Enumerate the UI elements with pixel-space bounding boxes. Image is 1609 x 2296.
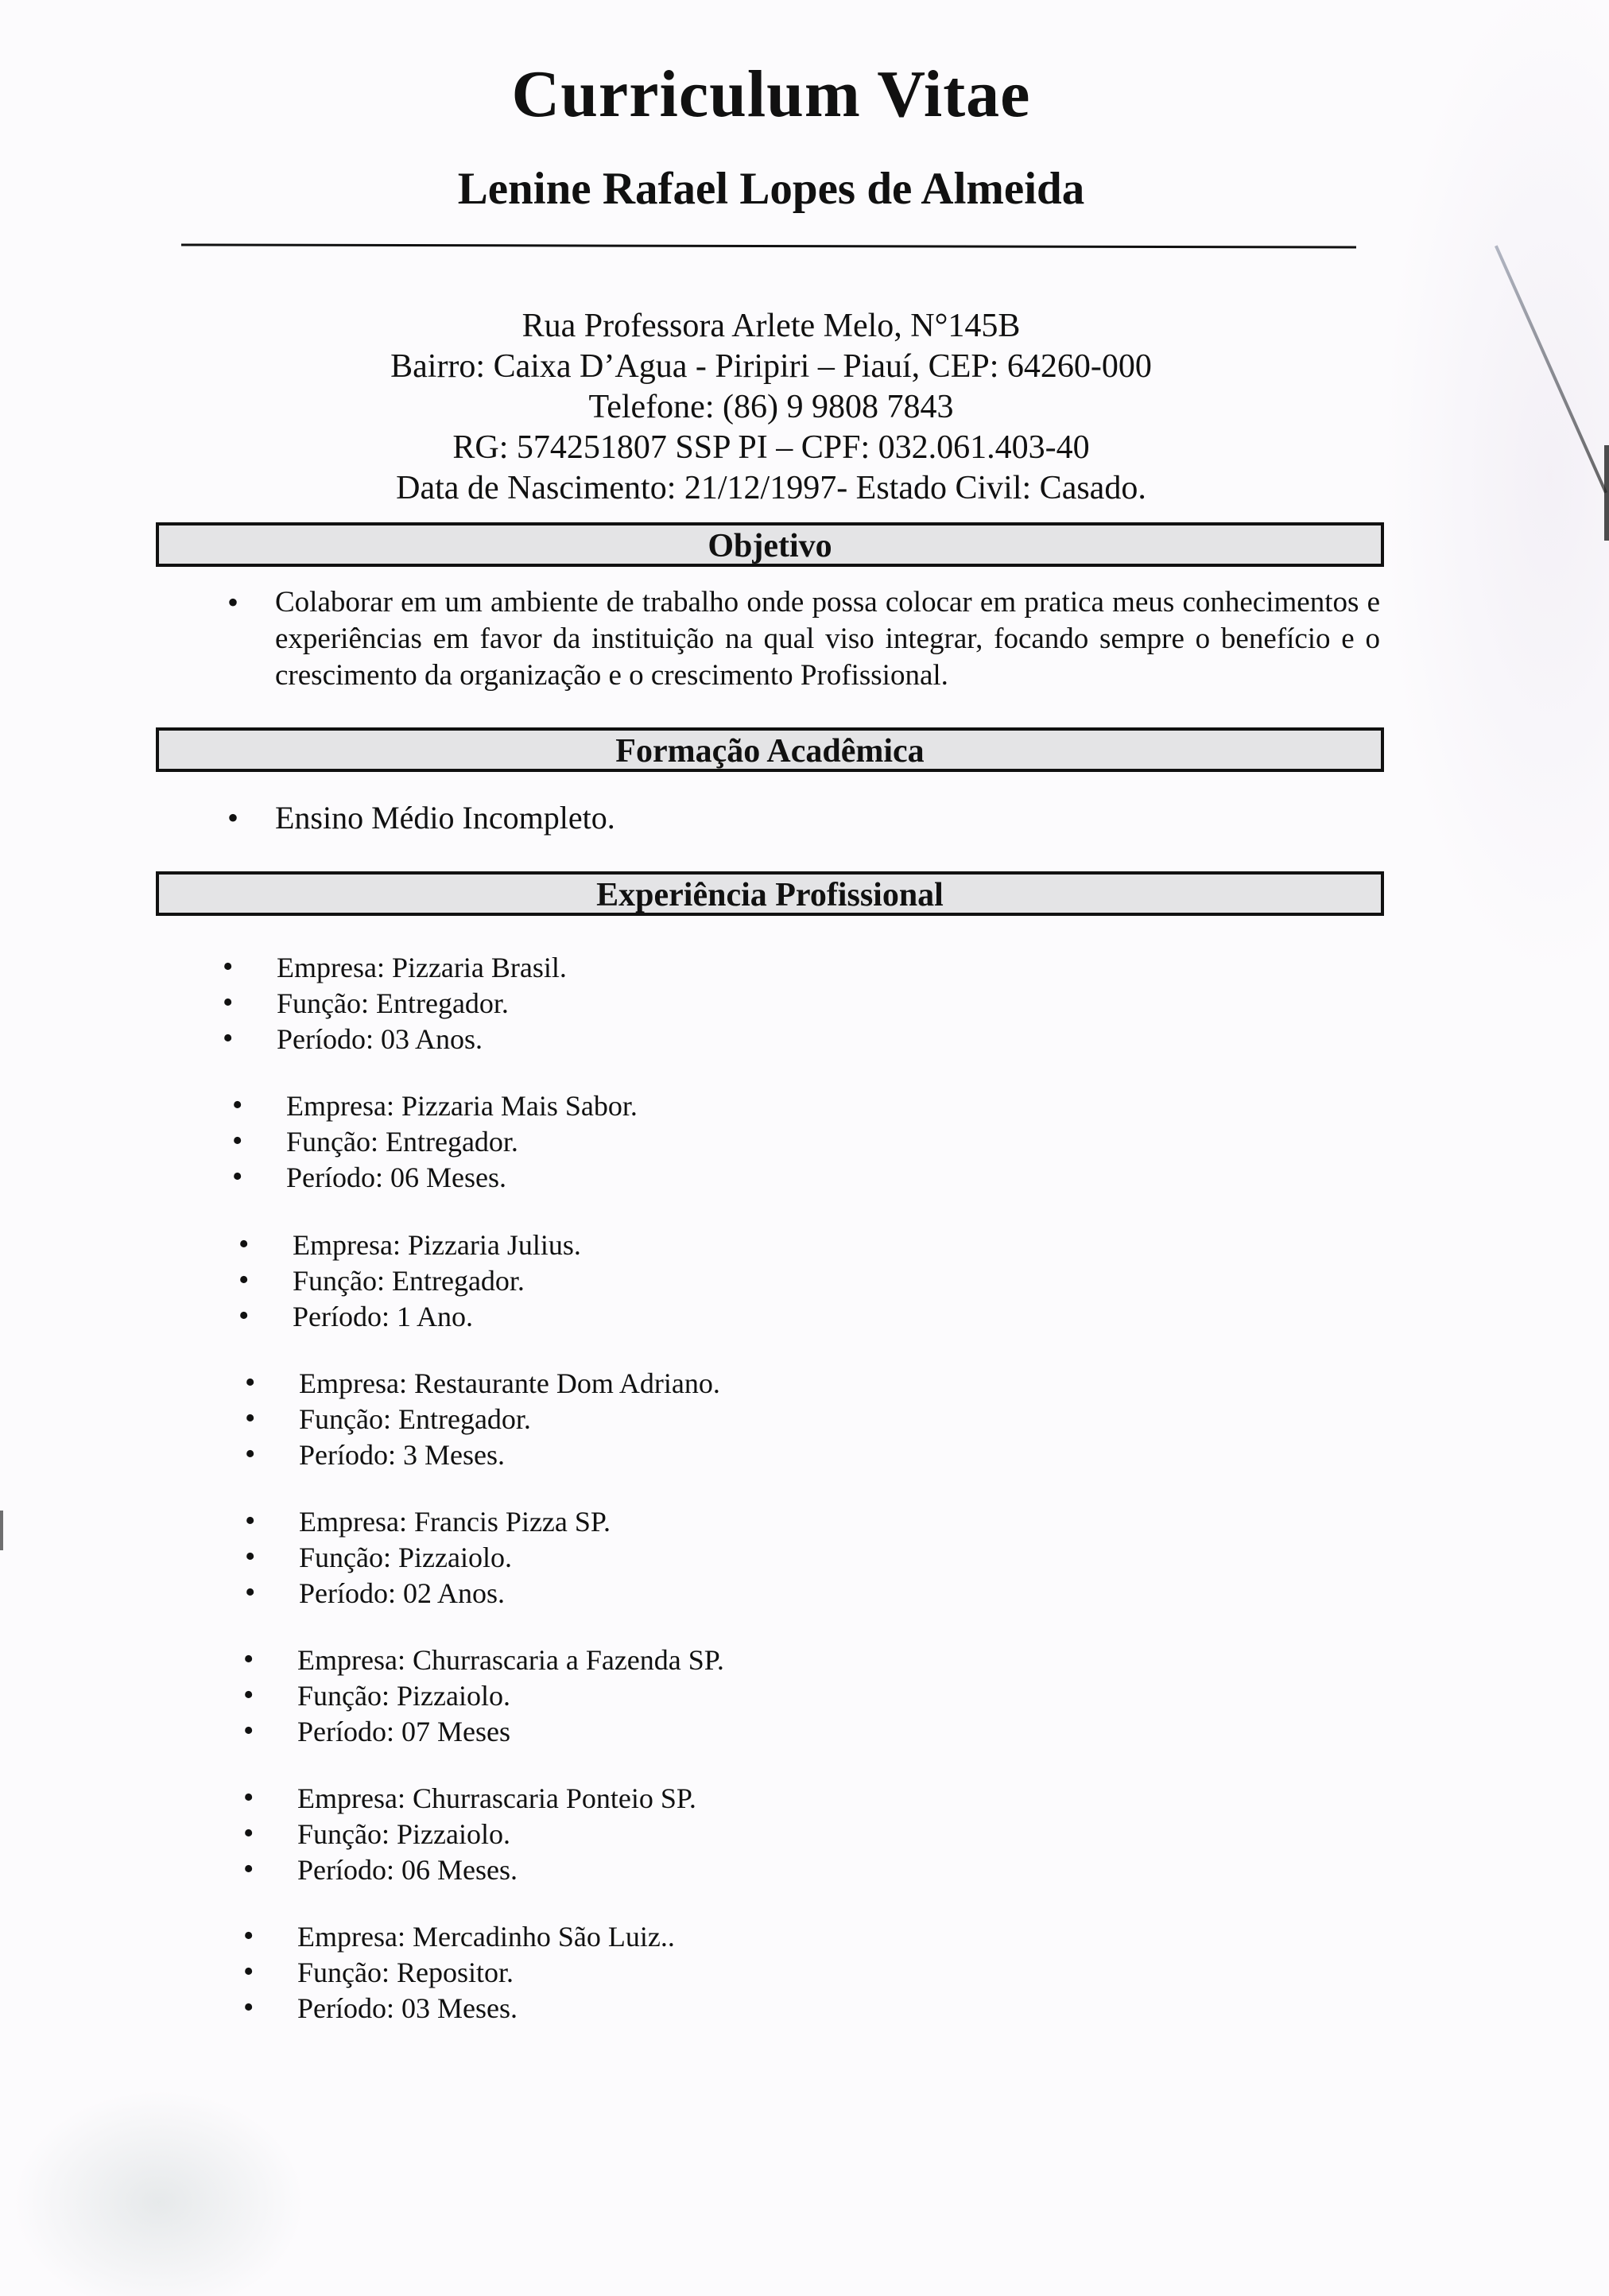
section-header-experiencia: Experiência Profissional [156,871,1384,916]
neighborhood-line: Bairro: Caixa D’Agua - Piripiri – Piauí,… [0,347,1542,387]
objective-text: Colaborar em um ambiente de trabalho ond… [275,584,1380,694]
experience-entry: Empresa: Churrascaria Ponteio SP.Função:… [243,1781,696,1888]
phone-line: Telefone: (86) 9 9808 7843 [0,387,1542,428]
experience-empresa: Empresa: Churrascaria a Fazenda SP. [243,1642,724,1678]
experience-periodo: Período: 02 Anos. [245,1576,611,1611]
experience-entry: Empresa: Churrascaria a Fazenda SP.Funçã… [243,1642,724,1750]
experience-entry: Empresa: Mercadinho São Luiz..Função: Re… [243,1919,675,2026]
section-header-formacao: Formação Acadêmica [156,727,1384,772]
paper-edge-shadow [0,1511,3,1550]
experience-empresa: Empresa: Restaurante Dom Adriano. [245,1366,720,1402]
experience-periodo: Período: 07 Meses [243,1714,724,1750]
experience-entry: Empresa: Pizzaria Mais Sabor.Função: Ent… [232,1088,638,1196]
paper-edge-shadow [1604,445,1609,541]
experience-periodo: Período: 1 Ano. [238,1299,581,1335]
id-documents-line: RG: 574251807 SSP PI – CPF: 032.061.403-… [0,428,1542,468]
candidate-name: Lenine Rafael Lopes de Almeida [0,163,1542,215]
experience-funcao: Função: Pizzaiolo. [245,1540,611,1576]
experience-funcao: Função: Entregador. [245,1402,720,1437]
experience-funcao: Função: Repositor. [243,1955,675,1991]
cv-page: Curriculum Vitae Lenine Rafael Lopes de … [0,0,1609,2296]
experience-entry: Empresa: Pizzaria Julius.Função: Entrega… [238,1228,581,1335]
education-item: Ensino Médio Incompleto. [275,799,615,836]
experience-empresa: Empresa: Pizzaria Brasil. [223,950,567,986]
section-title: Experiência Profissional [159,876,1381,914]
experience-empresa: Empresa: Francis Pizza SP. [245,1504,611,1540]
experience-entry: Empresa: Restaurante Dom Adriano.Função:… [245,1366,720,1473]
section-title: Objetivo [159,527,1381,565]
experience-entry: Empresa: Francis Pizza SP.Função: Pizzai… [245,1504,611,1611]
section-header-objetivo: Objetivo [156,522,1384,567]
experience-empresa: Empresa: Mercadinho São Luiz.. [243,1919,675,1955]
header-divider [181,243,1356,248]
experience-empresa: Empresa: Pizzaria Mais Sabor. [232,1088,638,1124]
experience-empresa: Empresa: Churrascaria Ponteio SP. [243,1781,696,1817]
experience-periodo: Período: 06 Meses. [232,1160,638,1196]
experience-periodo: Período: 06 Meses. [243,1852,696,1888]
experience-funcao: Função: Entregador. [238,1263,581,1299]
experience-entry: Empresa: Pizzaria Brasil.Função: Entrega… [223,950,567,1057]
experience-empresa: Empresa: Pizzaria Julius. [238,1228,581,1263]
section-title: Formação Acadêmica [159,732,1381,770]
experience-funcao: Função: Pizzaiolo. [243,1817,696,1852]
experience-periodo: Período: 03 Meses. [243,1991,675,2026]
contact-block: Rua Professora Arlete Melo, N°145B Bairr… [0,306,1542,509]
document-title: Curriculum Vitae [0,56,1542,133]
experience-funcao: Função: Entregador. [223,986,567,1022]
experience-periodo: Período: 03 Anos. [223,1022,567,1057]
experience-funcao: Função: Pizzaiolo. [243,1678,724,1714]
experience-periodo: Período: 3 Meses. [245,1437,720,1473]
birth-marital-line: Data de Nascimento: 21/12/1997- Estado C… [0,468,1542,509]
experience-funcao: Função: Entregador. [232,1124,638,1160]
address-line: Rua Professora Arlete Melo, N°145B [0,306,1542,347]
